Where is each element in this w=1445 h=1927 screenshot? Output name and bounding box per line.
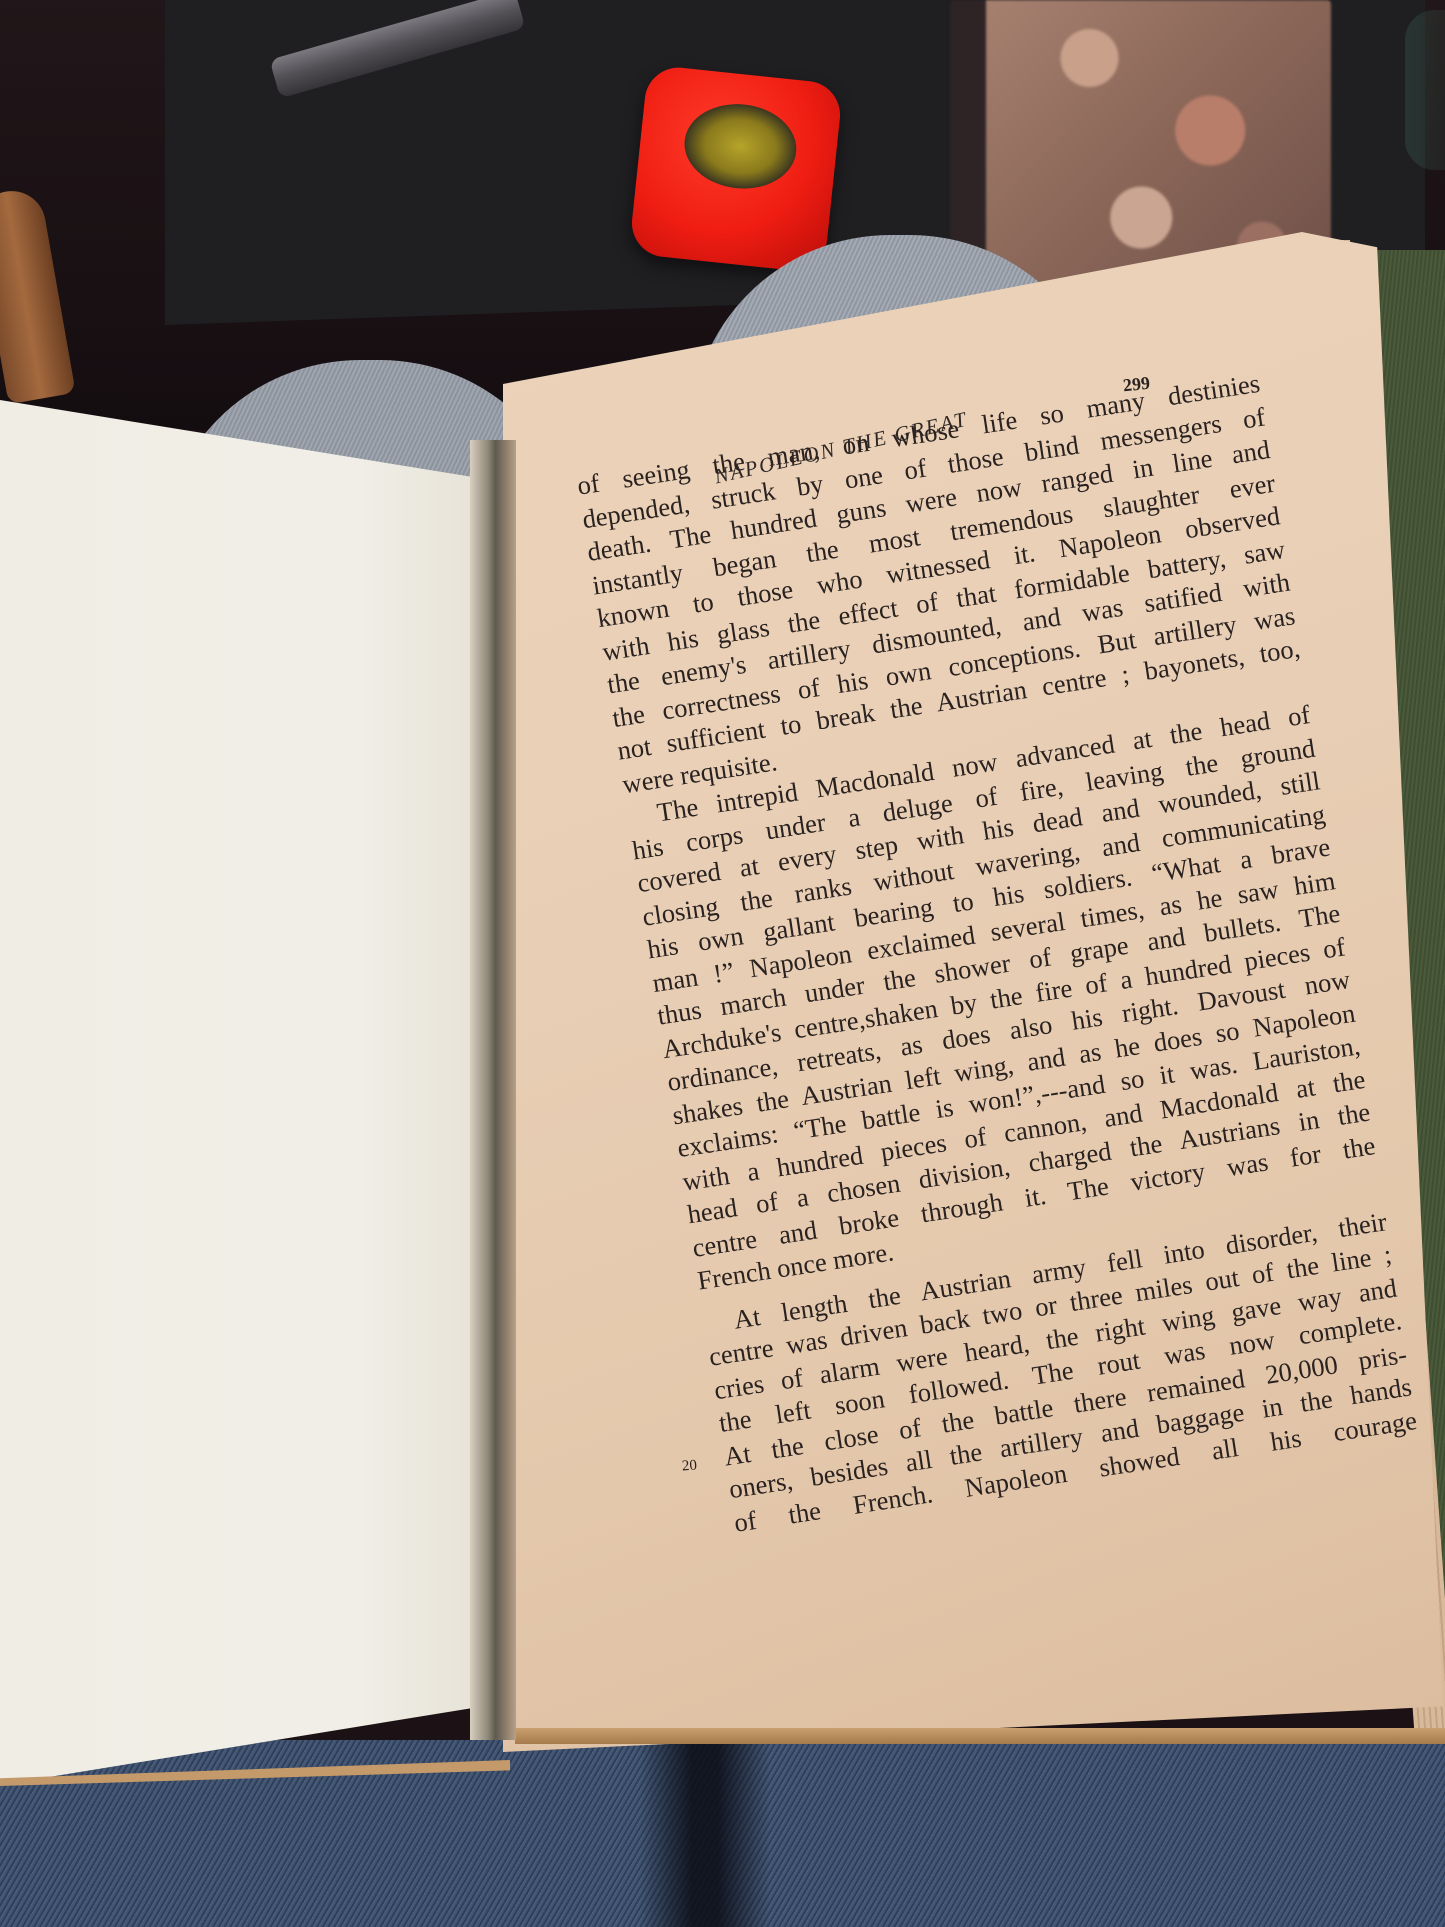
lap-gap-shadow — [640, 1740, 770, 1927]
signature-mark: 20 — [681, 1457, 697, 1475]
paragraph: The intrepid Macdonald now advanced at t… — [625, 698, 1382, 1298]
left-page-blank[interactable] — [0, 400, 510, 1785]
book-gutter — [470, 440, 516, 1740]
spool-window — [680, 99, 800, 194]
red-spool — [629, 64, 844, 273]
right-page-bottom-edge — [515, 1728, 1445, 1744]
glass-jar — [1405, 10, 1445, 170]
